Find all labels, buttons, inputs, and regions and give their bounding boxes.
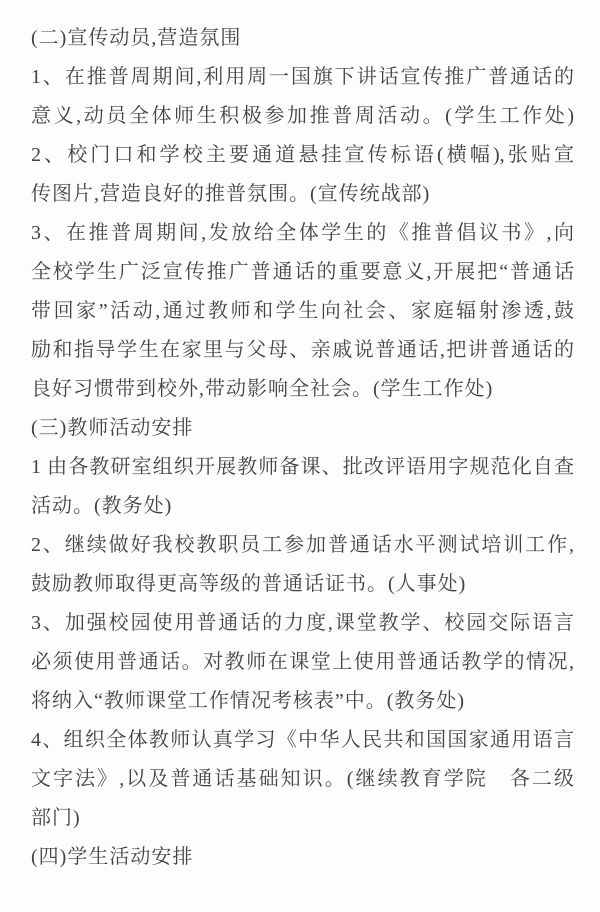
- text-line: 3、加强校园使用普通话的力度,课堂教学、校园交际语言: [31, 604, 574, 643]
- text-line: 全校学生广泛宣传推广普通话的重要意义,开展把“普通话: [31, 253, 574, 292]
- text-line: 活动。(教务处): [31, 487, 574, 526]
- section-heading: (三)教师活动安排: [31, 409, 574, 448]
- text-line: 意义,动员全体师生积极参加推普周活动。(学生工作处): [31, 97, 574, 136]
- text-line: 1、在推普周期间,利用周一国旗下讲话宣传推广普通话的: [31, 58, 574, 97]
- text-line: 文字法》,以及普通话基础知识。(继续教育学院 各二级: [31, 760, 574, 799]
- text-line: 带回家”活动,通过教师和学生向社会、家庭辐射渗透,鼓: [31, 292, 574, 331]
- text-line: 必须使用普通话。对教师在课堂上使用普通话教学的情况,: [31, 643, 574, 682]
- section-heading: (四)学生活动安排: [31, 838, 574, 877]
- section-heading: (二)宣传动员,营造氛围: [31, 19, 574, 58]
- text-line: 传图片,营造良好的推普氛围。(宣传统战部): [31, 175, 574, 214]
- text-line: 励和指导学生在家里与父母、亲戚说普通话,把讲普通话的: [31, 331, 574, 370]
- text-line: 鼓励教师取得更高等级的普通话证书。(人事处): [31, 565, 574, 604]
- text-line: 3、在推普周期间,发放给全体学生的《推普倡议书》,向: [31, 214, 574, 253]
- text-line: 4、组织全体教师认真学习《中华人民共和国国家通用语言: [31, 721, 574, 760]
- text-line: 1 由各教研室组织开展教师备课、批改评语用字规范化自查: [31, 448, 574, 487]
- document-page: (二)宣传动员,营造氛围 1、在推普周期间,利用周一国旗下讲话宣传推广普通话的 …: [0, 0, 600, 912]
- text-line: 良好习惯带到校外,带动影响全社会。(学生工作处): [31, 370, 574, 409]
- text-line: 2、校门口和学校主要通道悬挂宣传标语(横幅),张贴宣: [31, 136, 574, 175]
- text-line: 将纳入“教师课堂工作情况考核表”中。(教务处): [31, 682, 574, 721]
- text-line: 部门): [31, 799, 574, 838]
- text-line: 2、继续做好我校教职员工参加普通话水平测试培训工作,: [31, 526, 574, 565]
